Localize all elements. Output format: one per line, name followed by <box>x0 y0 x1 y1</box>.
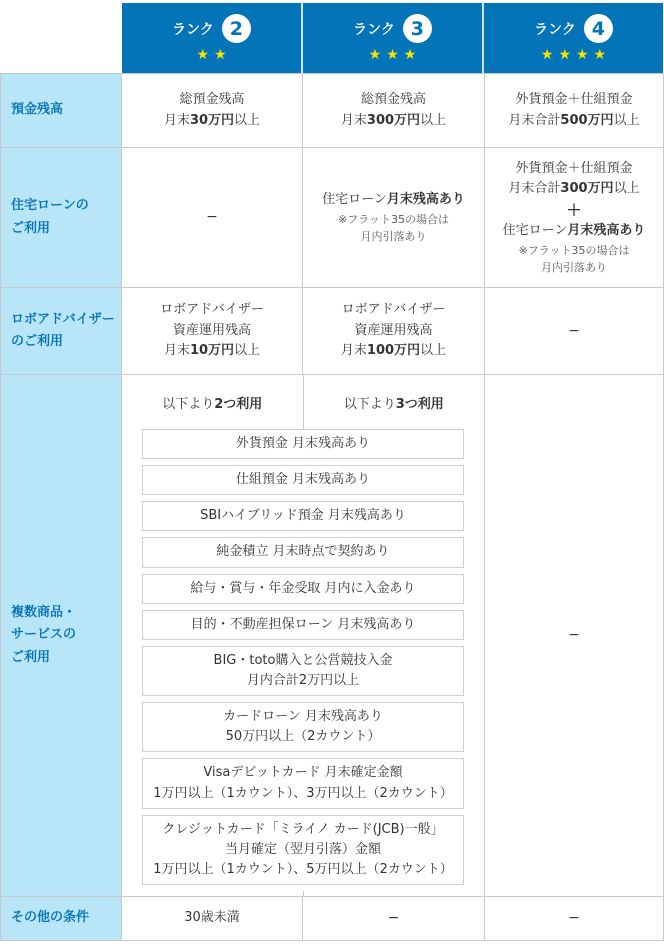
cell-home-loan-rank3: 住宅ローン月末残高あり ※フラット35の場合は 月内引落あり <box>303 148 484 287</box>
dash-mark: − <box>206 206 218 228</box>
deposit-rank2-line1: 総預金残高 <box>179 90 244 111</box>
row-header-deposit: 預金残高 <box>1 74 121 147</box>
cell-multi-products-rank2-3: 以下より2つ利用 以下より3つ利用 外貨預金 月末残高あり仕組預金 月末残高あり… <box>122 375 484 896</box>
home-loan-rank4-note: ※フラット35の場合は 月内引落あり <box>519 243 630 276</box>
multi-usage-labels: 以下より2つ利用 以下より3つ利用 <box>122 375 484 429</box>
cell-multi-products-rank4: − <box>485 375 663 896</box>
row-header-other-conditions: その他の条件 <box>1 897 121 940</box>
home-loan-rank3-line1: 住宅ローン月末残高あり <box>322 190 465 211</box>
cell-robo-rank4: − <box>485 288 663 374</box>
rank3-stars-icon: ★★★ <box>364 48 422 62</box>
cell-robo-rank3: ロボアドバイザー 資産運用残高 月末100万円以上 <box>303 288 484 374</box>
rank4-header: ランク 4 ★★★★ <box>482 3 663 73</box>
rank2-stars-icon: ★★ <box>191 48 231 62</box>
robo-rank2-line3: 月末10万円以上 <box>164 341 260 362</box>
cell-home-loan-rank2: − <box>122 148 302 287</box>
home-loan-rank4-line3: 住宅ローン月末残高あり <box>503 221 646 242</box>
deposit-rank3-line2: 月末300万円以上 <box>341 111 446 132</box>
multi-cell-footer-divider <box>122 891 484 896</box>
cell-deposit-rank2: 総預金残高 月末30万円以上 <box>122 74 302 147</box>
rank4-title: ランク 4 <box>534 14 613 43</box>
rank3-title: ランク 3 <box>353 14 432 43</box>
home-loan-rank4-line1: 外貨預金＋仕組預金 <box>515 159 632 180</box>
rank2-label: ランク <box>172 19 214 39</box>
condition-box: クレジットカード「ミライノ カード(JCB)一般」当月確定（翌月引落）金額1万円… <box>142 815 464 885</box>
dash-mark: − <box>388 907 400 929</box>
cell-other-rank2: 30歳未満 <box>122 897 302 940</box>
condition-box: カードローン 月末残高あり50万円以上（2カウント） <box>142 702 464 752</box>
home-loan-rank3-note: ※フラット35の場合は 月内引落あり <box>338 212 449 245</box>
condition-box: BIG・toto購入と公営競技入金月内合計2万円以上 <box>142 646 464 696</box>
rank3-usage-label: 以下より3つ利用 <box>304 375 485 429</box>
dash-mark: − <box>568 320 580 342</box>
rank3-header: ランク 3 ★★★ <box>301 3 482 73</box>
dash-mark: − <box>568 907 580 929</box>
rank-condition-table: ランク 2 ★★ ランク 3 ★★★ ランク 4 ★★★★ 預金残高 総預金残 <box>0 0 664 950</box>
row-header-robo-advisor: ロボアドバイザー のご利用 <box>1 288 121 374</box>
table-body: 預金残高 総預金残高 月末30万円以上 総預金残高 月末300万円以上 外貨預金… <box>0 73 664 941</box>
rank2-header: ランク 2 ★★ <box>122 3 301 73</box>
cell-deposit-rank4: 外貨預金＋仕組預金 月末合計500万円以上 <box>485 74 663 147</box>
rank2-title: ランク 2 <box>172 14 251 43</box>
robo-rank3-line3: 月末100万円以上 <box>341 341 446 362</box>
deposit-rank2-line2: 月末30万円以上 <box>164 111 260 132</box>
rank-header-row: ランク 2 ★★ ランク 3 ★★★ ランク 4 ★★★★ <box>122 3 663 73</box>
row-header-home-loan: 住宅ローンの ご利用 <box>1 148 121 287</box>
condition-box: 仕組預金 月末残高あり <box>142 465 464 495</box>
condition-box: SBIハイブリッド預金 月末残高あり <box>142 501 464 531</box>
rank4-stars-icon: ★★★★ <box>536 48 611 62</box>
cell-other-rank3: − <box>303 897 484 940</box>
rank3-number-badge: 3 <box>403 14 432 43</box>
home-loan-rank4-line2: 月末合計300万円以上 <box>508 179 639 200</box>
condition-box: 目的・不動産担保ローン 月末残高あり <box>142 610 464 640</box>
condition-box: 給与・賞与・年金受取 月内に入金あり <box>142 574 464 604</box>
deposit-rank4-line2: 月末合計500万円以上 <box>508 111 639 132</box>
cell-other-rank4: − <box>485 897 663 940</box>
rank2-number-badge: 2 <box>222 14 251 43</box>
deposit-rank3-line1: 総預金残高 <box>361 90 426 111</box>
condition-box-list: 外貨預金 月末残高あり仕組預金 月末残高ありSBIハイブリッド預金 月末残高あり… <box>122 429 484 891</box>
rank4-number-badge: 4 <box>584 14 613 43</box>
row-header-multi-products: 複数商品・ サービスの ご利用 <box>1 375 121 896</box>
cell-home-loan-rank4: 外貨預金＋仕組預金 月末合計300万円以上 ＋ 住宅ローン月末残高あり ※フラッ… <box>485 148 663 287</box>
condition-box: 外貨預金 月末残高あり <box>142 429 464 459</box>
condition-box: 純金積立 月末時点で契約あり <box>142 537 464 567</box>
plus-sign: ＋ <box>566 200 581 220</box>
condition-box: Visaデビットカード 月末確定金額1万円以上（1カウント）、3万円以上（2カウ… <box>142 758 464 808</box>
deposit-rank4-line1: 外貨預金＋仕組預金 <box>515 90 632 111</box>
rank4-label: ランク <box>534 19 576 39</box>
cell-deposit-rank3: 総預金残高 月末300万円以上 <box>303 74 484 147</box>
cell-robo-rank2: ロボアドバイザー 資産運用残高 月末10万円以上 <box>122 288 302 374</box>
dash-mark: − <box>568 624 580 646</box>
rank2-usage-label: 以下より2つ利用 <box>122 375 304 429</box>
rank3-label: ランク <box>353 19 395 39</box>
